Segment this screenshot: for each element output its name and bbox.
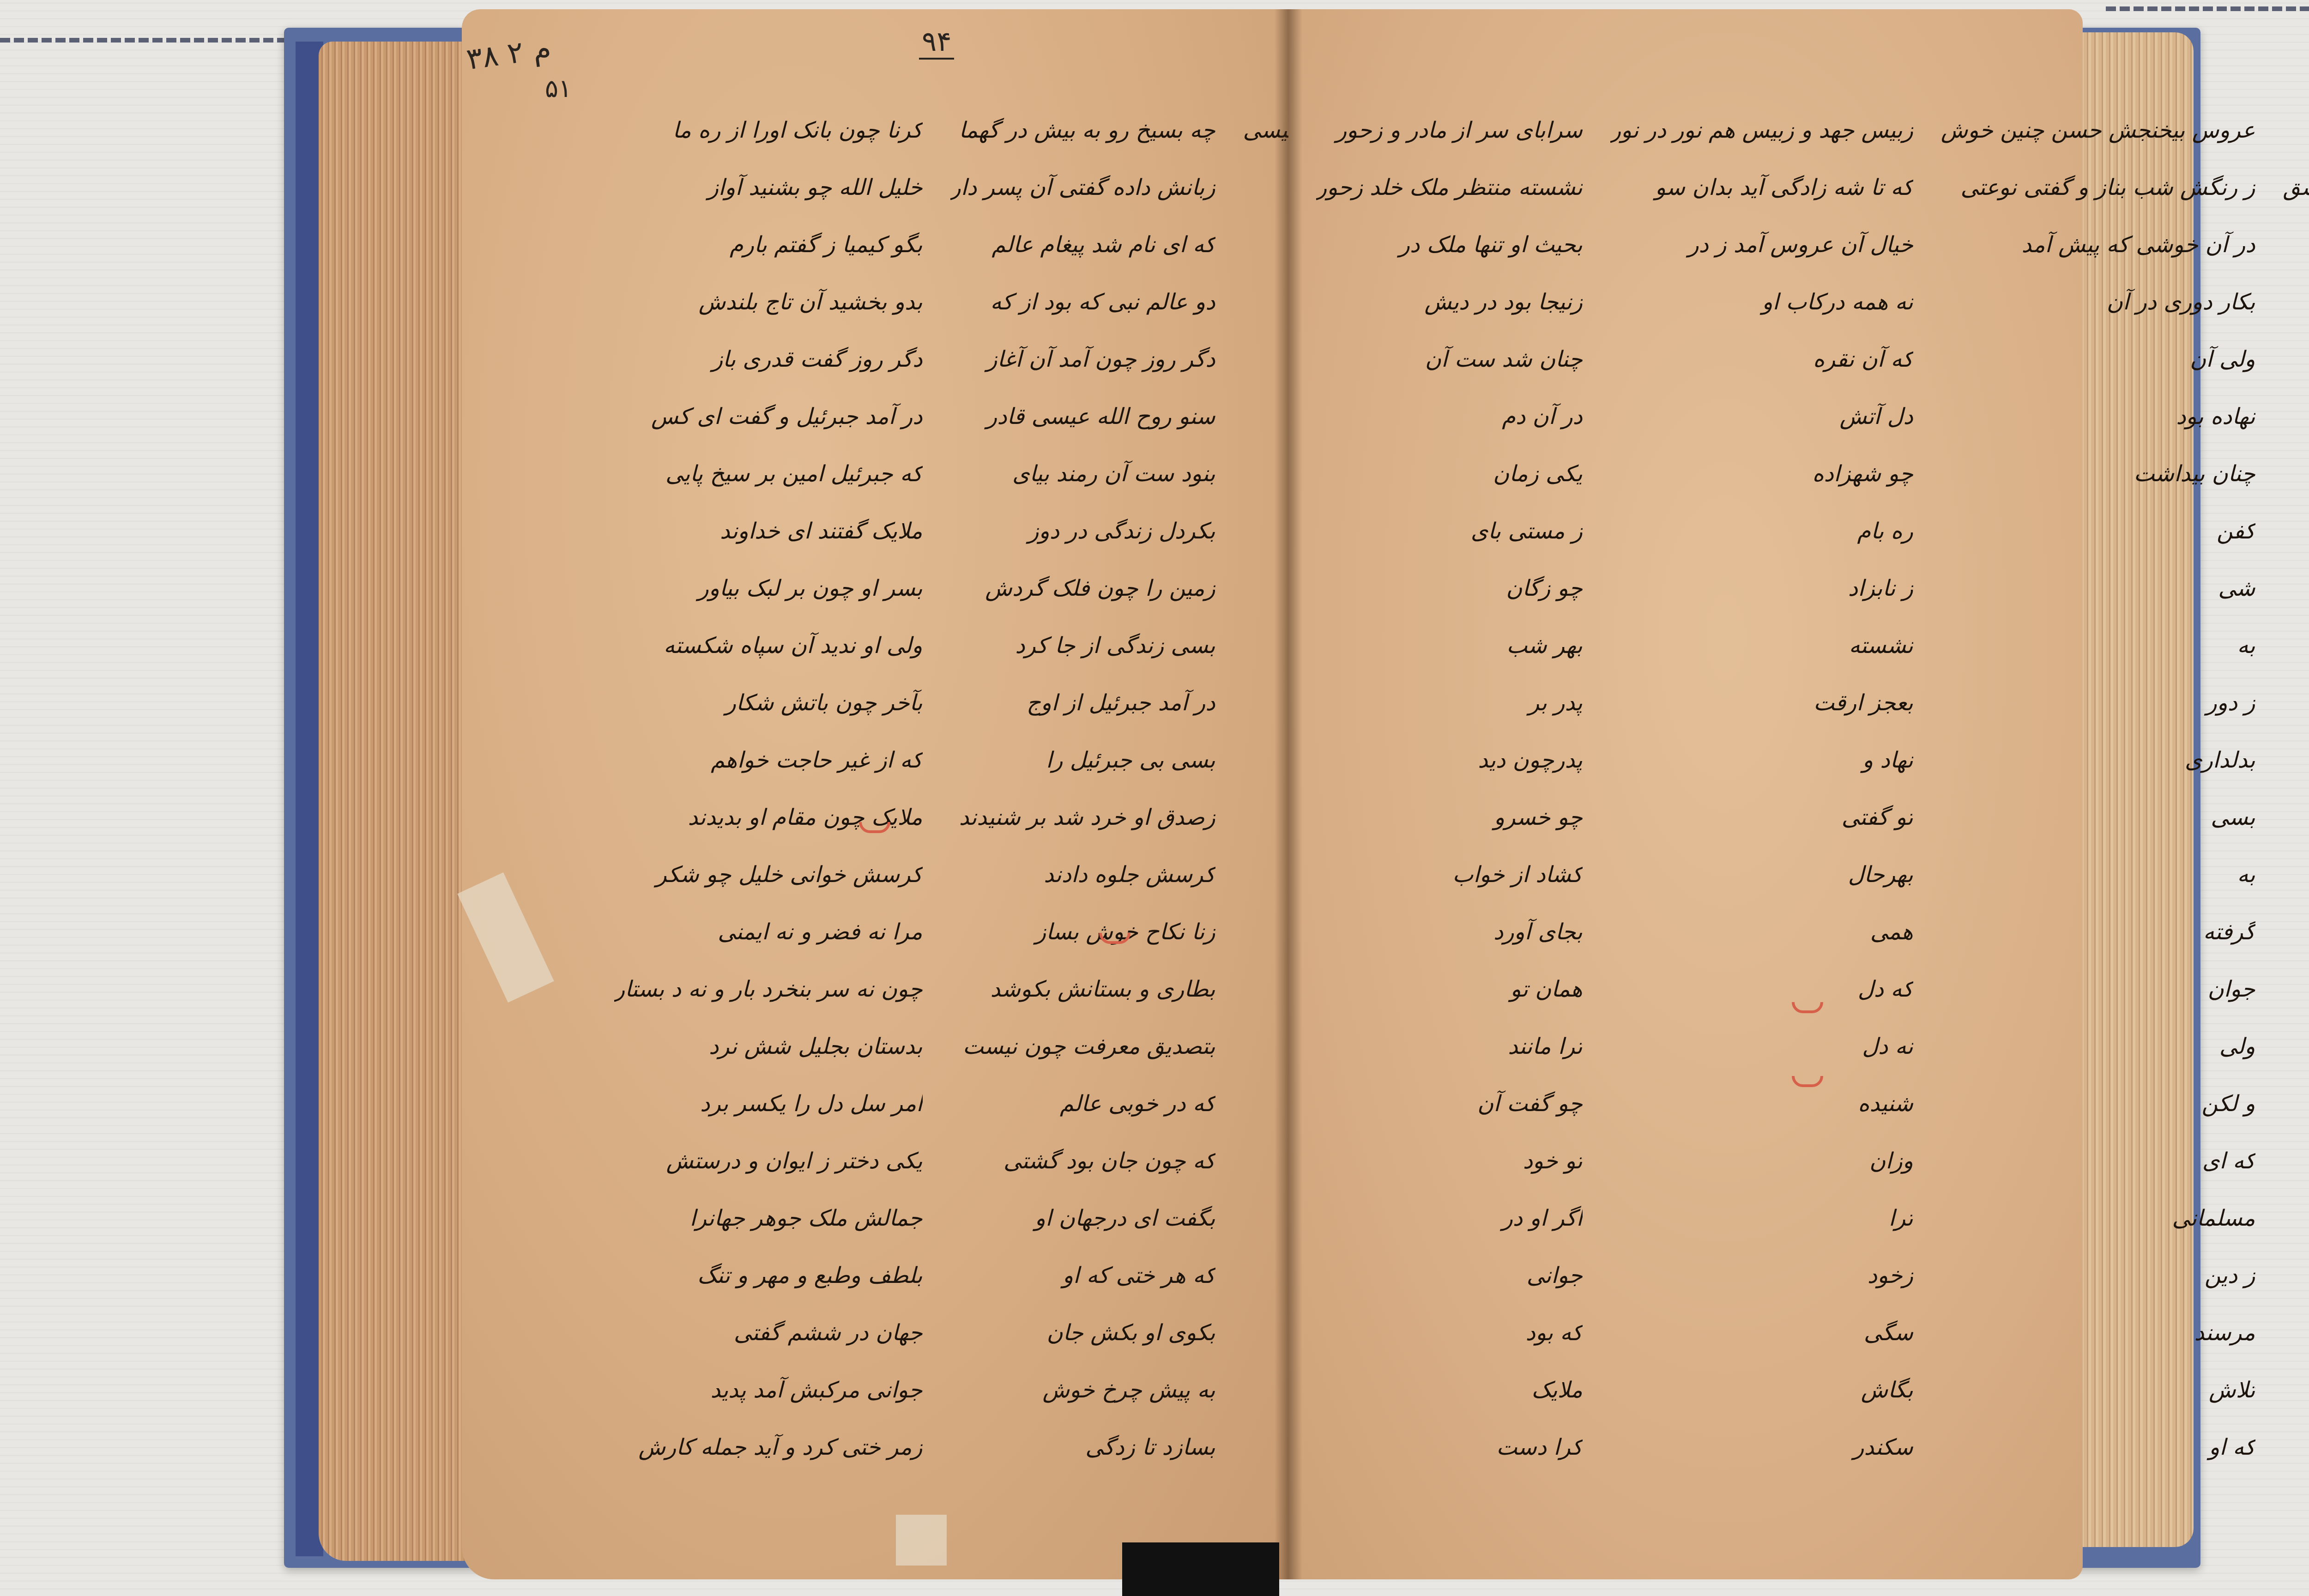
verse-line: بر: [2283, 674, 2309, 731]
verse-line: نه همه درکاب او: [1610, 273, 1913, 331]
right-page[interactable]: سرابای سر از مادر و زحورنشسته منتظر ملک …: [1288, 9, 2083, 1579]
verse-line: بدل: [2283, 1075, 2309, 1132]
text-column: چه بسیخ رو به بیش در گهمازبانش داده گفتی…: [950, 102, 1215, 1476]
verse-line: ملایک گفتند ای خداوند: [614, 502, 923, 560]
verse-line: نشسته منتظر ملک خلد زحور: [1316, 159, 1583, 216]
verse-line: بهرحال: [1610, 846, 1913, 903]
verse-line: بپیش: [2283, 1419, 2309, 1476]
verse-line: بکردل زندگی در دوز: [950, 502, 1215, 560]
verse-line: که از غیر حاجت خواهم: [614, 731, 923, 789]
verse-line: ز رنگش شب بناز و گفتی نوعتی: [1941, 159, 2255, 216]
verse-line: نشسته: [1610, 617, 1913, 674]
verse-line: مرسند: [1941, 1304, 2255, 1361]
verse-line: که چون جان بود گشتی: [950, 1132, 1215, 1190]
verse-line: زبانش داده گفتی آن پسر دار: [950, 159, 1215, 216]
verse-line: ملایک: [1316, 1361, 1583, 1419]
verse-line: کرسش خوانی خلیل چو شکر: [614, 846, 923, 903]
verse-line: بر: [2283, 731, 2309, 789]
verse-line: جوانی: [1316, 1247, 1583, 1304]
verse-line: تو خود: [1316, 1132, 1583, 1190]
verse-line: بگاش: [1610, 1361, 1913, 1419]
verse-line: که جبرئیل امین بر سیخ پایی: [614, 445, 923, 502]
verse-line: بهر شب: [1316, 617, 1583, 674]
verse-line: بجلی: [2283, 502, 2309, 560]
verse-line: چنان شد ست آن: [1316, 331, 1583, 388]
verse-line: شی: [1941, 560, 2255, 617]
verse-line: خلیل الله چو بشنید آواز: [614, 159, 923, 216]
verse-line: که او: [1941, 1419, 2255, 1476]
text-column: زبیس جهد و زبیس هم نور در نورکه تا شه زا…: [1610, 102, 1913, 1476]
verse-line: عروس بیخنجش حسن چنین خوش: [1941, 102, 2255, 159]
verse-line: ره بام: [1610, 502, 1913, 560]
verse-line: که هر ختی که او: [950, 1247, 1215, 1304]
verse-line: سگی: [1610, 1304, 1913, 1361]
verse-line: که ای: [1941, 1132, 2255, 1190]
verse-line: بحیث او تنها ملک در: [1316, 216, 1583, 273]
verse-line: دگر روز چون آمد آن آغاز: [950, 331, 1215, 388]
verse-line: در آمد جبرئیل از اوج: [950, 674, 1215, 731]
text-column: چنین جمعی به پیدا و دلکشو جود بش ریزد و …: [2283, 102, 2309, 1476]
left-page[interactable]: کرنا چون بانک اورا از ره ماخلیل الله چو …: [462, 9, 1288, 1579]
paper-repair-strip: [457, 872, 554, 1003]
left-page-columns: کرنا چون بانک اورا از ره ماخلیل الله چو …: [614, 102, 1261, 1476]
verse-line: زبیس جهد و زبیس هم نور در نور: [1610, 102, 1913, 159]
verse-line: شهی: [2283, 789, 2309, 846]
verse-line: بلطف وطبع و مهر و تنگ: [614, 1247, 923, 1304]
verse-line: جمالش ملک جوهر جهانرا: [614, 1190, 923, 1247]
verse-line: یکی دختر ز ایوان و درستش: [614, 1132, 923, 1190]
measuring-tape-right: [2106, 6, 2309, 11]
verse-line: تلاش: [1941, 1361, 2255, 1419]
verse-line: جوان: [1941, 961, 2255, 1018]
verse-line: بیک: [2283, 1190, 2309, 1247]
verse-line: بگو کیمیا ز گفتم بارم: [614, 216, 923, 273]
verse-line: ترا: [1610, 1190, 1913, 1247]
verse-line: دل آتش: [1610, 388, 1913, 445]
verse-line: گرفته: [1941, 903, 2255, 961]
verse-line: همان تو: [1316, 961, 1583, 1018]
verse-line: مرا نه فضر و نه ایمنی: [614, 903, 923, 961]
verse-line: بکوی او بکش جان: [950, 1304, 1215, 1361]
verse-line: شاد: [2283, 846, 2309, 903]
verse-line: که آن نقره: [1610, 331, 1913, 388]
verse-line: زنا نکاح خوش بساز: [950, 903, 1215, 961]
verse-line: تو گفتی: [1610, 789, 1913, 846]
verse-line: همی: [1610, 903, 1913, 961]
verse-line: کرسش جلوه دادند: [950, 846, 1215, 903]
verse-line: بنود ست آن رمند بیای: [950, 445, 1215, 502]
verse-line: بآخر چون باتش شکار: [614, 674, 923, 731]
verse-line: ملایک چون مقام او بدیدند: [614, 789, 923, 846]
right-page-columns: سرابای سر از مادر و زحورنشسته منتظر ملک …: [1316, 102, 2000, 1476]
verse-line: وزان: [1610, 1132, 1913, 1190]
verse-line: نه دل: [1610, 1018, 1913, 1075]
verse-line: بگفت ای درجهان او: [950, 1190, 1215, 1247]
verse-line: که دل: [1610, 961, 1913, 1018]
verse-line: ولی او ندید آن سپاه شکسته: [614, 617, 923, 674]
verse-line: در آن دم: [1316, 388, 1583, 445]
verse-line: و لکن: [1941, 1075, 2255, 1132]
verse-line: بده: [2283, 1132, 2309, 1190]
verse-line: که ای نام شد پیغام عالم: [950, 216, 1215, 273]
verse-line: نهاده بود: [1941, 388, 2255, 445]
verse-line: بسی بی جبرئیل را: [950, 731, 1215, 789]
verse-line: چو زگان: [1316, 560, 1583, 617]
verse-line: بجای آورد: [1316, 903, 1583, 961]
verse-line: بسی: [1941, 789, 2255, 846]
verse-line: برادرانش از آن و آنجا: [2283, 216, 2309, 273]
verse-line: ولی آن: [1941, 331, 2255, 388]
verse-line: دو عالم نبی که بود از که: [950, 273, 1215, 331]
verse-line: بدو بخشید آن تاج بلندش: [614, 273, 923, 331]
verse-line: و جود بش ریزد و نشه و عشق: [2283, 159, 2309, 216]
verse-line: زصدق او خرد شد بر شنیدند: [950, 789, 1215, 846]
verse-line: جهان در ششم گفتی: [614, 1304, 923, 1361]
verse-line: سنو روح الله عیسی قادر: [950, 388, 1215, 445]
verse-line: خیال آن عروس آمد ز در: [1610, 216, 1913, 273]
verse-line: چو شهزاده: [1610, 445, 1913, 502]
page-stack-left: [319, 42, 471, 1561]
verse-line: بعجز ارقت: [1610, 674, 1913, 731]
verse-line: ترا مانند: [1316, 1018, 1583, 1075]
verse-line: شنیده: [1610, 1075, 1913, 1132]
verse-line: جوانی مرکبش آمد پدید: [614, 1361, 923, 1419]
verse-line: زنیجا بود در دیش: [1316, 273, 1583, 331]
verse-line: سرابای سر از مادر و زحور: [1316, 102, 1583, 159]
verse-line: کفن: [1941, 502, 2255, 560]
verse-line: زمین را چون فلک گردش: [950, 560, 1215, 617]
verse-line: بنود: [2283, 961, 2309, 1018]
verse-line: ز دور: [1941, 674, 2255, 731]
verse-line: که: [2283, 445, 2309, 502]
verse-line: بدستان بجلیل شش نرد: [614, 1018, 923, 1075]
verse-line: خدا: [2283, 1361, 2309, 1419]
book-gutter: [1275, 9, 1302, 1579]
spine-shadow: [1122, 1542, 1279, 1596]
verse-line: زمان: [2283, 617, 2309, 674]
page-number: ۹۴: [919, 25, 954, 60]
verse-line: در آمد جبرئیل و گفت ای کس: [614, 388, 923, 445]
verse-line: چنان بیداشت: [1941, 445, 2255, 502]
verse-line: بدلداری: [1941, 731, 2255, 789]
verse-line: زخود: [1610, 1247, 1913, 1304]
verse-line: که: [2283, 1247, 2309, 1304]
verse-line: پدرچون دید: [1316, 731, 1583, 789]
verse-line: به پیش چرخ خوش: [950, 1361, 1215, 1419]
verse-line: به: [1941, 617, 2255, 674]
verse-line: کرنا چون بانک اورا از ره ما: [614, 102, 923, 159]
verse-line: بکار دوری در آن: [1941, 273, 2255, 331]
verse-line: بسازد تا زدگی: [950, 1419, 1215, 1476]
verse-line: نشا: [2283, 1304, 2309, 1361]
verse-line: بسی زندگی از جا کرد: [950, 617, 1215, 674]
verse-line: پدر بر: [1316, 674, 1583, 731]
verse-line: ملول از: [2283, 273, 2309, 331]
text-column: کرنا چون بانک اورا از ره ماخلیل الله چو …: [614, 102, 923, 1476]
verse-line: ز دین: [1941, 1247, 2255, 1304]
verse-line: دگر روز گفت قدری باز: [614, 331, 923, 388]
verse-line: مسلمانی: [1941, 1190, 2255, 1247]
text-column: سرابای سر از مادر و زحورنشسته منتظر ملک …: [1316, 102, 1583, 1476]
verse-line: که در خوبی عالم: [950, 1075, 1215, 1132]
verse-line: یکی زمان: [1316, 445, 1583, 502]
verse-line: در آن خوشی که پیش آمد: [1941, 216, 2255, 273]
verse-line: پدر: [2283, 560, 2309, 617]
verse-line: ولی: [1941, 1018, 2255, 1075]
verse-line: چو گفت آن: [1316, 1075, 1583, 1132]
verse-line: چون نه سر بنخرد بار و نه د بستار: [614, 961, 923, 1018]
verse-line: کرا دست: [1316, 1419, 1583, 1476]
foliation-number: ۵۱: [545, 74, 572, 103]
verse-line: ز نابزاد: [1610, 560, 1913, 617]
verse-line: به: [1941, 846, 2255, 903]
verse-line: چنین جمعی به پیدا و دلکش: [2283, 102, 2309, 159]
verse-line: کشاد از خواب: [1316, 846, 1583, 903]
verse-line: زنجات: [2283, 903, 2309, 961]
verse-line: که تا شه زادگی آید بدان سو: [1610, 159, 1913, 216]
verse-line: نهاد و: [1610, 731, 1913, 789]
verse-line: ز مستی بای: [1316, 502, 1583, 560]
verse-line: چو خسرو: [1316, 789, 1583, 846]
verse-line: بسر او چون بر لبک بیاور: [614, 560, 923, 617]
verse-line: بتصدیق معرفت چون نیست: [950, 1018, 1215, 1075]
verse-line: کداز: [2283, 331, 2309, 388]
verse-line: زمر ختی کرد و آید جمله کارش: [614, 1419, 923, 1476]
verse-line: سکندر: [1610, 1419, 1913, 1476]
verse-line: امر سل دل را یکسر برد: [614, 1075, 923, 1132]
verse-line: بطاری و بستانش بکوشد: [950, 961, 1215, 1018]
verse-line: اگر او در: [1316, 1190, 1583, 1247]
paper-repair-strip: [896, 1515, 947, 1566]
text-column: عروس بیخنجش حسن چنین خوشز رنگش شب بناز و…: [1941, 102, 2255, 1476]
verse-line: بحال: [2283, 1018, 2309, 1075]
verse-line: که بود: [1316, 1304, 1583, 1361]
verse-line: بر آن: [2283, 388, 2309, 445]
verse-line: چه بسیخ رو به بیش در گهما: [950, 102, 1215, 159]
